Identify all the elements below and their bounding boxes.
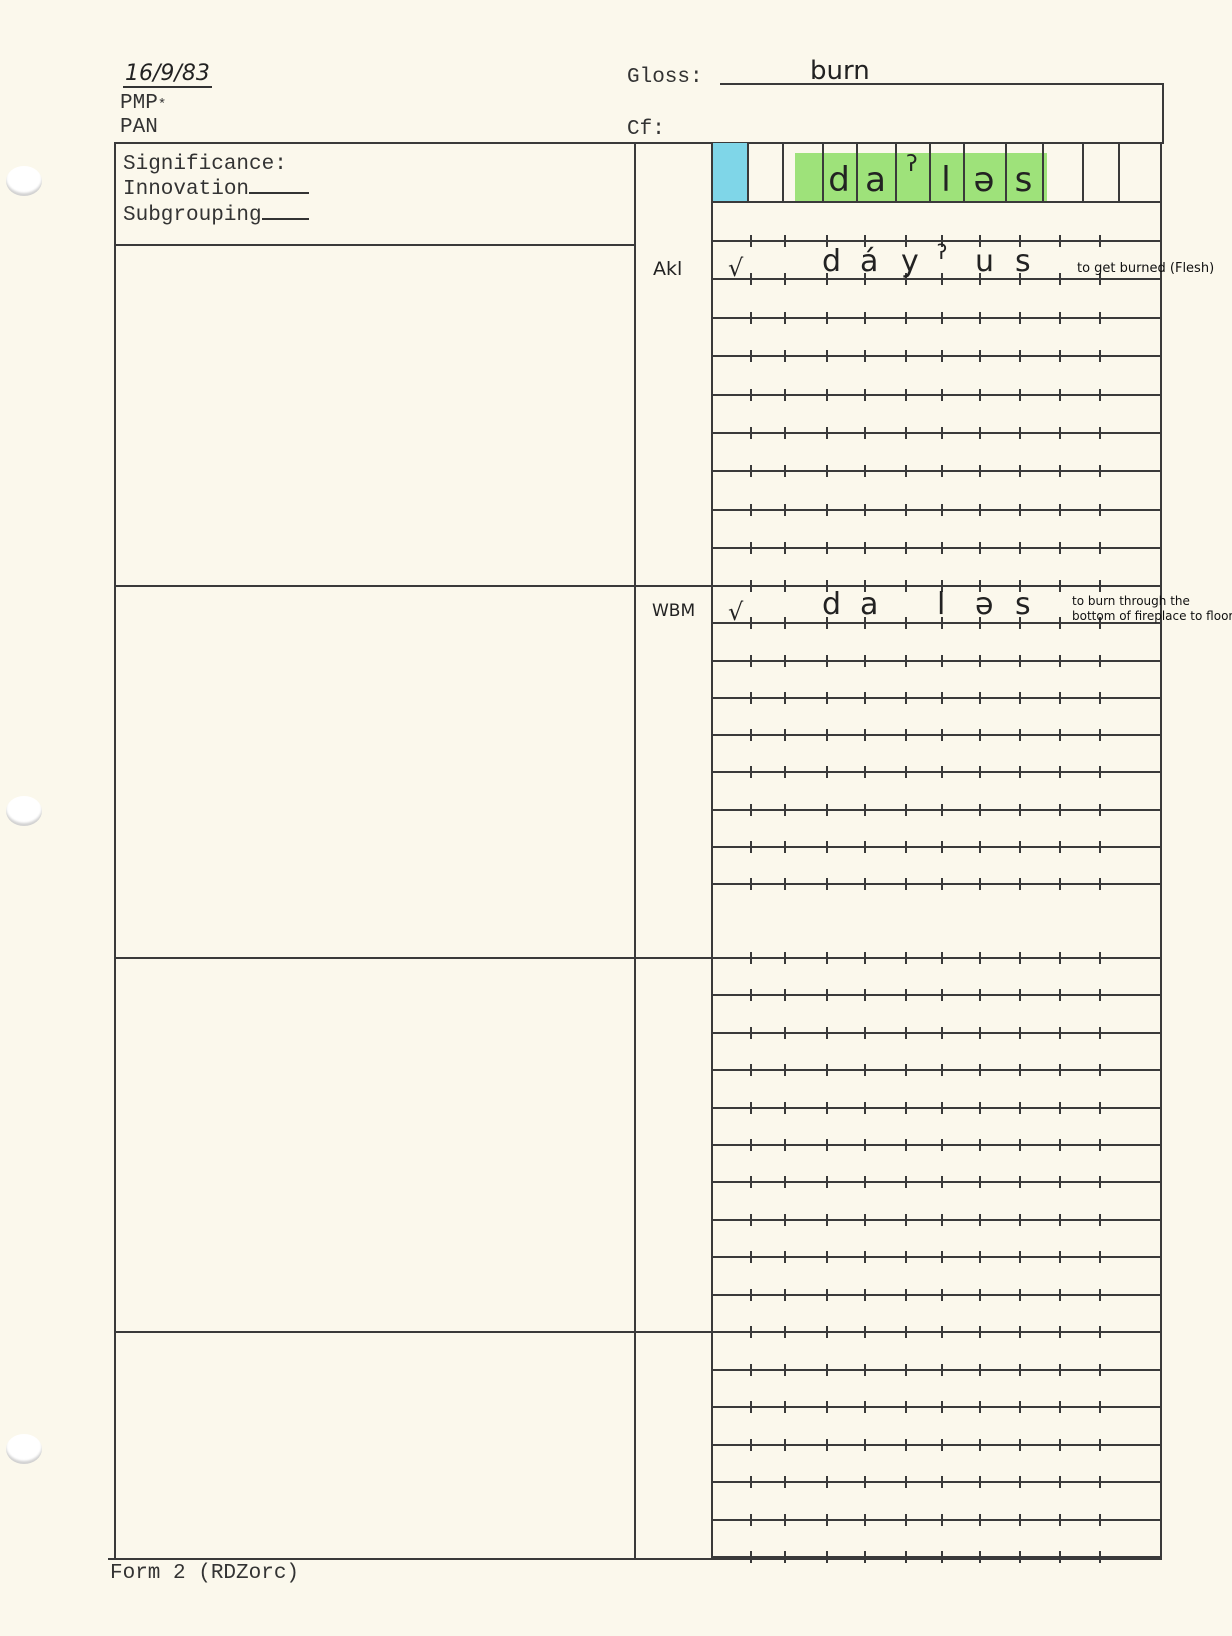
tick-mark: [941, 1176, 943, 1188]
tick-mark: [1019, 427, 1021, 439]
tick-mark: [864, 1064, 866, 1076]
tick-mark: [1099, 692, 1101, 704]
tick-mark: [750, 1514, 752, 1526]
tick-mark: [1019, 312, 1021, 324]
innovation-field[interactable]: [249, 192, 309, 194]
reflex-segment: d: [822, 244, 841, 279]
tick-mark: [905, 427, 907, 439]
tick-mark: [905, 1102, 907, 1114]
tick-mark: [864, 1326, 866, 1338]
tick-mark: [905, 312, 907, 324]
tick-mark: [1059, 989, 1061, 1001]
tick-mark: [905, 655, 907, 667]
tick-mark: [979, 692, 981, 704]
tick-mark: [1019, 1476, 1021, 1488]
tick-mark: [941, 729, 943, 741]
tick-mark: [864, 952, 866, 964]
tick-mark: [941, 427, 943, 439]
tick-mark: [1099, 389, 1101, 401]
tick-mark: [941, 1102, 943, 1114]
tick-mark: [979, 312, 981, 324]
tick-mark: [750, 729, 752, 741]
reflex-segment: l: [937, 587, 945, 622]
tick-mark: [784, 1514, 786, 1526]
ruled-line: [711, 1219, 1161, 1221]
ruled-line: [711, 585, 1161, 587]
tick-mark: [941, 989, 943, 1001]
ruled-line: [711, 809, 1161, 811]
tick-mark: [750, 804, 752, 816]
level-label-row: PMP*: [120, 92, 166, 117]
cell-divider: [1118, 143, 1120, 202]
tick-mark: [905, 1027, 907, 1039]
tick-mark: [1059, 1139, 1061, 1151]
tick-mark: [784, 350, 786, 362]
tick-mark: [979, 389, 981, 401]
tick-mark: [905, 350, 907, 362]
tick-mark: [979, 1139, 981, 1151]
tick-mark: [1019, 729, 1021, 741]
tick-mark: [1019, 1439, 1021, 1451]
tick-mark: [1019, 989, 1021, 1001]
tick-mark: [826, 1401, 828, 1413]
tick-mark: [826, 952, 828, 964]
ruled-line: [711, 1369, 1161, 1371]
tick-mark: [1099, 952, 1101, 964]
tick-mark: [750, 273, 752, 285]
tick-mark: [750, 1102, 752, 1114]
tick-mark: [784, 465, 786, 477]
gloss-value: burn: [810, 56, 870, 86]
tick-mark: [826, 1176, 828, 1188]
proto-segment: ʔ: [895, 152, 929, 177]
tick-mark: [1019, 1251, 1021, 1263]
ruled-line: [711, 394, 1161, 396]
tick-mark: [1019, 504, 1021, 516]
proto-segment: a: [856, 160, 895, 200]
tick-mark: [750, 580, 752, 592]
ruled-line: [711, 994, 1161, 996]
tick-mark: [905, 1214, 907, 1226]
tick-mark: [1099, 1514, 1101, 1526]
tick-mark: [1099, 878, 1101, 890]
tick-mark: [941, 878, 943, 890]
tick-mark: [941, 692, 943, 704]
tick-mark: [1019, 1514, 1021, 1526]
tick-mark: [1099, 1551, 1101, 1563]
tick-mark: [784, 1439, 786, 1451]
tick-mark: [905, 1439, 907, 1451]
source-wbm: WBM: [652, 601, 695, 621]
tick-mark: [864, 1364, 866, 1376]
tick-mark: [1059, 1027, 1061, 1039]
tick-mark: [941, 1139, 943, 1151]
tick-mark: [750, 389, 752, 401]
tick-mark: [864, 1401, 866, 1413]
tick-mark: [905, 1551, 907, 1563]
gloss-underline: [720, 83, 1162, 85]
tick-mark: [1019, 542, 1021, 554]
tick-mark: [784, 878, 786, 890]
tick-mark: [941, 350, 943, 362]
tick-mark: [1059, 1476, 1061, 1488]
tick-mark: [1099, 312, 1101, 324]
tick-mark: [1059, 1364, 1061, 1376]
tick-mark: [1059, 580, 1061, 592]
ruled-line: [711, 1481, 1161, 1483]
tick-mark: [1099, 1401, 1101, 1413]
tick-mark: [1059, 1251, 1061, 1263]
tick-mark: [905, 542, 907, 554]
tick-mark: [784, 1102, 786, 1114]
tick-mark: [826, 504, 828, 516]
cell-divider: [1082, 143, 1084, 202]
tick-mark: [1059, 389, 1061, 401]
tick-mark: [979, 1289, 981, 1301]
ruled-line: [711, 1444, 1161, 1446]
tick-mark: [750, 504, 752, 516]
tick-mark: [1059, 952, 1061, 964]
significance-title: Significance:: [123, 153, 287, 177]
tick-mark: [905, 766, 907, 778]
tick-mark: [1099, 1214, 1101, 1226]
tick-mark: [864, 350, 866, 362]
tick-mark: [905, 1139, 907, 1151]
reflex-segment: y: [901, 244, 919, 279]
tick-mark: [941, 1326, 943, 1338]
tick-mark: [1099, 504, 1101, 516]
ruled-line: [711, 547, 1161, 549]
tick-mark: [1059, 841, 1061, 853]
tick-mark: [941, 952, 943, 964]
subgrouping-label: Subgrouping: [123, 204, 262, 227]
tick-mark: [826, 1476, 828, 1488]
tick-mark: [1059, 804, 1061, 816]
tick-mark: [1019, 389, 1021, 401]
tick-mark: [784, 766, 786, 778]
tick-mark: [1059, 312, 1061, 324]
tick-mark: [750, 655, 752, 667]
tick-mark: [784, 729, 786, 741]
tick-mark: [979, 504, 981, 516]
tick-mark: [1059, 1551, 1061, 1563]
reflex-segment: d: [822, 587, 841, 622]
tick-mark: [979, 804, 981, 816]
tick-mark: [864, 1176, 866, 1188]
proto-segment: d: [822, 160, 856, 200]
tick-mark: [826, 465, 828, 477]
tick-mark: [826, 1214, 828, 1226]
tick-mark: [1019, 655, 1021, 667]
tick-mark: [784, 1064, 786, 1076]
tick-mark: [941, 312, 943, 324]
tick-mark: [1019, 692, 1021, 704]
tick-mark: [905, 1364, 907, 1376]
check-akl: √: [728, 254, 743, 282]
reflex-segment: s: [1015, 244, 1031, 279]
binder-hole-bottom: [6, 1434, 42, 1464]
tick-mark: [750, 465, 752, 477]
tick-mark: [864, 1476, 866, 1488]
ruled-line: [711, 470, 1161, 472]
reflex-segment: á: [860, 244, 878, 279]
tick-mark: [905, 504, 907, 516]
tick-mark: [941, 766, 943, 778]
tick-mark: [1059, 427, 1061, 439]
tick-mark: [784, 542, 786, 554]
tick-mark: [750, 1401, 752, 1413]
tick-mark: [864, 989, 866, 1001]
tick-mark: [864, 1214, 866, 1226]
tick-mark: [750, 312, 752, 324]
tick-mark: [1059, 1514, 1061, 1526]
tick-mark: [826, 989, 828, 1001]
tick-mark: [826, 427, 828, 439]
tick-mark: [784, 1289, 786, 1301]
tick-mark: [750, 1139, 752, 1151]
tick-mark: [979, 1551, 981, 1563]
tick-mark: [1019, 1139, 1021, 1151]
tick-mark: [979, 766, 981, 778]
tick-mark: [784, 1214, 786, 1226]
tick-mark: [750, 1289, 752, 1301]
subgrouping-field[interactable]: [262, 218, 309, 220]
tick-mark: [864, 655, 866, 667]
frame-top: [114, 142, 1164, 144]
tick-mark: [826, 312, 828, 324]
tick-mark: [905, 1401, 907, 1413]
tick-mark: [941, 273, 943, 285]
tick-mark: [864, 427, 866, 439]
tick-mark: [1059, 1214, 1061, 1226]
ruled-line: [711, 240, 1161, 242]
ruled-line: [711, 846, 1161, 848]
tick-mark: [826, 655, 828, 667]
tick-mark: [941, 504, 943, 516]
tick-mark: [784, 655, 786, 667]
tick-mark: [905, 580, 907, 592]
tick-mark: [1019, 766, 1021, 778]
tick-mark: [905, 1176, 907, 1188]
tick-mark: [1059, 1326, 1061, 1338]
tick-mark: [784, 1364, 786, 1376]
tick-mark: [979, 1401, 981, 1413]
tick-mark: [1019, 1364, 1021, 1376]
tick-mark: [1099, 580, 1101, 592]
tick-mark: [750, 350, 752, 362]
tick-mark: [979, 465, 981, 477]
ruled-line: [711, 1032, 1161, 1034]
source-akl: Akl: [653, 258, 682, 280]
tick-mark: [1019, 1551, 1021, 1563]
tick-mark: [1019, 1064, 1021, 1076]
tick-mark: [979, 1214, 981, 1226]
tick-mark: [905, 729, 907, 741]
level2-label: PAN: [120, 116, 158, 140]
section-divider-2: [114, 585, 711, 587]
tick-mark: [784, 1551, 786, 1563]
tick-mark: [864, 1027, 866, 1039]
tick-mark: [979, 1064, 981, 1076]
tick-mark: [1059, 1102, 1061, 1114]
ruled-line: [711, 1556, 1161, 1558]
level-marker: *: [158, 97, 166, 113]
tick-mark: [826, 1251, 828, 1263]
tick-mark: [1019, 1326, 1021, 1338]
tick-mark: [1059, 350, 1061, 362]
tick-mark: [750, 617, 752, 629]
tick-mark: [941, 1364, 943, 1376]
tick-mark: [784, 692, 786, 704]
tick-mark: [864, 766, 866, 778]
tick-mark: [1099, 1326, 1101, 1338]
innovation-label: Innovation: [123, 178, 249, 201]
ruled-line: [711, 1331, 1161, 1333]
tick-mark: [1019, 1289, 1021, 1301]
cell-divider: [782, 143, 784, 202]
tick-mark: [1099, 655, 1101, 667]
gloss-note-akl: to get burned (Flesh): [1077, 262, 1214, 276]
ruled-line: [711, 660, 1161, 662]
tick-mark: [826, 1102, 828, 1114]
tick-mark: [1059, 1289, 1061, 1301]
tick-mark: [750, 878, 752, 890]
tick-mark: [979, 989, 981, 1001]
section-divider-3: [114, 957, 711, 959]
tick-mark: [1059, 878, 1061, 890]
tick-mark: [1099, 1439, 1101, 1451]
check-wbm: √: [728, 598, 743, 626]
cell-divider: [747, 143, 749, 202]
tick-mark: [1099, 729, 1101, 741]
tick-mark: [826, 692, 828, 704]
tick-mark: [864, 1251, 866, 1263]
tick-mark: [979, 1102, 981, 1114]
tick-mark: [826, 729, 828, 741]
tick-mark: [864, 1139, 866, 1151]
reflex-segment: ə: [975, 587, 993, 622]
tick-mark: [1099, 841, 1101, 853]
tick-mark: [1059, 766, 1061, 778]
ruled-line: [711, 278, 1161, 280]
tick-mark: [1059, 504, 1061, 516]
tick-mark: [826, 1289, 828, 1301]
tick-mark: [864, 729, 866, 741]
proto-segment: ə: [963, 160, 1005, 200]
ruled-line: [711, 1256, 1161, 1258]
tick-mark: [1019, 1214, 1021, 1226]
tick-mark: [941, 1476, 943, 1488]
tick-mark: [1059, 1439, 1061, 1451]
tick-mark: [826, 1439, 828, 1451]
section-divider-4: [114, 1331, 711, 1333]
tick-mark: [826, 841, 828, 853]
tick-mark: [826, 878, 828, 890]
tick-mark: [979, 952, 981, 964]
tick-mark: [979, 655, 981, 667]
tick-mark: [905, 617, 907, 629]
tick-mark: [1099, 1139, 1101, 1151]
tick-mark: [905, 389, 907, 401]
tick-mark: [979, 1326, 981, 1338]
tick-mark: [750, 1551, 752, 1563]
tick-mark: [1059, 542, 1061, 554]
tick-mark: [979, 1027, 981, 1039]
tick-mark: [979, 1439, 981, 1451]
tick-mark: [1059, 1064, 1061, 1076]
tick-mark: [1059, 655, 1061, 667]
tick-mark: [941, 1027, 943, 1039]
tick-mark: [784, 989, 786, 1001]
tick-mark: [979, 1476, 981, 1488]
tick-mark: [905, 1251, 907, 1263]
reflex-segment: u: [975, 244, 994, 279]
tick-mark: [864, 389, 866, 401]
tick-mark: [905, 878, 907, 890]
tick-mark: [941, 1401, 943, 1413]
cf-label: Cf:: [627, 118, 665, 142]
tick-mark: [750, 952, 752, 964]
tick-mark: [1059, 1401, 1061, 1413]
ruled-line: [711, 317, 1161, 319]
tick-mark: [864, 1514, 866, 1526]
ruled-line: [711, 1144, 1161, 1146]
tick-mark: [941, 804, 943, 816]
tick-mark: [826, 1514, 828, 1526]
tick-mark: [750, 1251, 752, 1263]
tick-mark: [784, 427, 786, 439]
cell-divider: [711, 143, 713, 202]
innovation-row: Innovation: [123, 178, 309, 202]
tick-mark: [784, 952, 786, 964]
tick-mark: [750, 989, 752, 1001]
tick-mark: [750, 841, 752, 853]
tick-mark: [1019, 952, 1021, 964]
tick-mark: [784, 389, 786, 401]
tick-mark: [1019, 350, 1021, 362]
tick-mark: [784, 1326, 786, 1338]
tick-mark: [784, 1027, 786, 1039]
tick-mark: [1099, 804, 1101, 816]
tick-mark: [826, 389, 828, 401]
ruled-line: [711, 957, 1161, 959]
tick-mark: [1099, 427, 1101, 439]
tick-mark: [864, 878, 866, 890]
reflex-segment: a: [860, 587, 878, 622]
ruled-line: [711, 1406, 1161, 1408]
tick-mark: [864, 1551, 866, 1563]
ruled-line: [711, 432, 1161, 434]
tick-mark: [826, 1064, 828, 1076]
ruled-line: [711, 1107, 1161, 1109]
tick-mark: [1019, 1027, 1021, 1039]
tick-mark: [1099, 542, 1101, 554]
tick-mark: [864, 312, 866, 324]
ruled-line: [711, 509, 1161, 511]
tick-mark: [826, 766, 828, 778]
tick-mark: [979, 1364, 981, 1376]
cell-divider: [1042, 143, 1044, 202]
tick-mark: [905, 1514, 907, 1526]
proto-segment: l: [929, 160, 963, 200]
tick-mark: [750, 1027, 752, 1039]
tick-mark: [941, 542, 943, 554]
tick-mark: [864, 504, 866, 516]
tick-mark: [750, 1439, 752, 1451]
tick-mark: [905, 1064, 907, 1076]
tick-mark: [784, 312, 786, 324]
tick-mark: [1059, 617, 1061, 629]
